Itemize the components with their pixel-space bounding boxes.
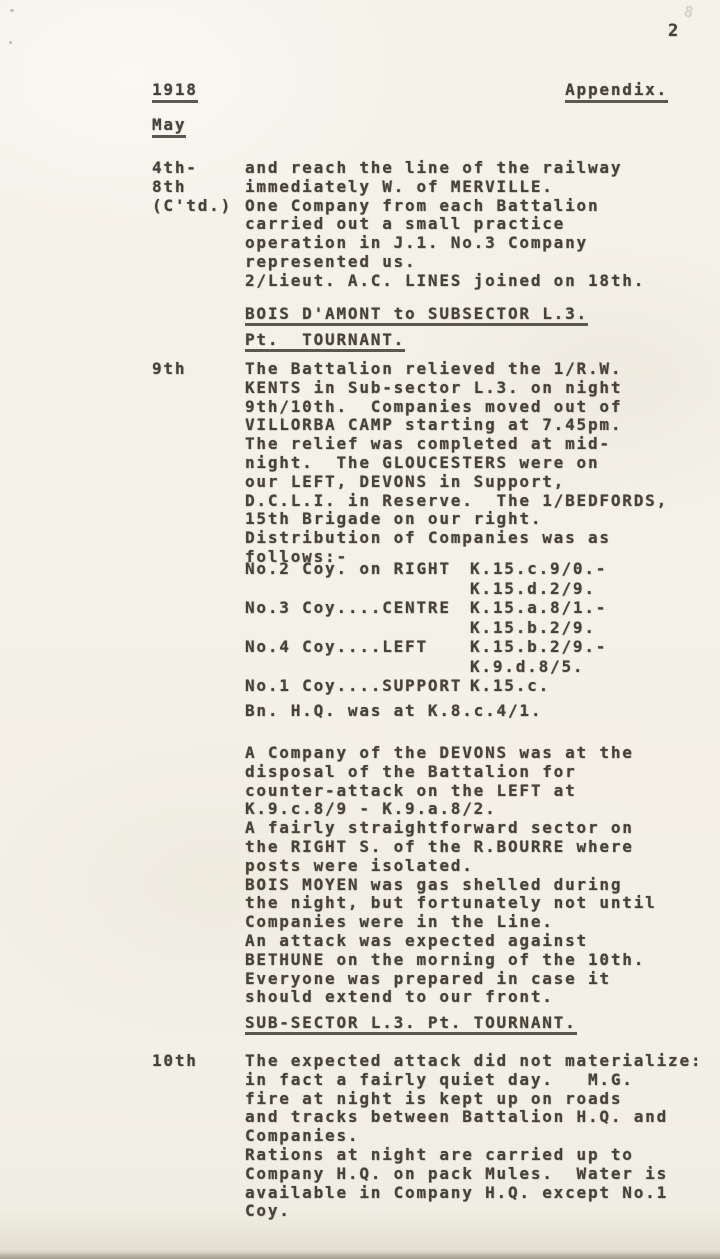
entry-text-column: A Company of the DEVONS was at thedispos… <box>245 744 685 1007</box>
text-line: disposal of the Battalion for <box>245 763 685 782</box>
company-label <box>245 618 470 638</box>
text-line: immediately W. of MERVILLE. <box>245 178 685 197</box>
text-line: An attack was expected against <box>245 932 685 951</box>
entry-may-9th: 9th The Battalion relieved the 1/R.W.KEN… <box>152 360 685 567</box>
text-line: and tracks between Battalion H.Q. and <box>245 1108 685 1127</box>
entry-text-column: The expected attack did not materialize:… <box>245 1052 685 1221</box>
text-line: our LEFT, DEVONS in Support, <box>245 473 685 492</box>
text-line: Rations at night are carried up to <box>245 1146 685 1165</box>
text-line: Coy. <box>245 1202 685 1221</box>
text-line: operation in J.1. No.3 Company <box>245 234 685 253</box>
scan-smudge: 8 <box>682 2 696 22</box>
text-line: Everyone was prepared in case it <box>245 970 685 989</box>
scan-speck <box>10 9 14 12</box>
heading-line: BOIS D'AMONT to SUBSECTOR L.3. <box>245 304 588 326</box>
company-label: No.1 Coy....SUPPORT <box>245 676 470 696</box>
company-label: No.4 Coy....LEFT <box>245 637 470 657</box>
text-line: 9th/10th. Companies moved out of <box>245 398 685 417</box>
entry-date-column: 10th <box>152 1052 245 1221</box>
text-line: D.C.L.I. in Reserve. The 1/BEDFORDS, <box>245 492 685 511</box>
appendix-heading: Appendix. <box>565 80 668 103</box>
text-line: Companies. <box>245 1127 685 1146</box>
company-label: No.2 Coy. on RIGHT <box>245 559 470 579</box>
distribution-row: No.3 Coy....CENTREK.15.a.8/1.- <box>245 598 607 618</box>
text-line: Companies were in the Line. <box>245 913 685 932</box>
distribution-row: K.15.b.2/9. <box>245 618 607 638</box>
date-line: (C'td.) <box>152 197 245 216</box>
entry-date-column <box>152 744 245 1007</box>
distribution-row: K.9.d.8/5. <box>245 657 607 677</box>
text-line: represented us. <box>245 253 685 272</box>
war-diary-scanned-page: 8 2 1918 Appendix. May 4th-8th(C'td.) an… <box>0 0 720 1259</box>
map-reference: K.15.c.9/0.- <box>470 559 607 579</box>
text-line: A Company of the DEVONS was at the <box>245 744 685 763</box>
map-reference: K.9.d.8/5. <box>470 657 584 677</box>
text-line: The expected attack did not materialize: <box>245 1052 685 1071</box>
heading-line: Pt. TOURNANT. <box>245 330 405 352</box>
text-line: available in Company H.Q. except No.1 <box>245 1184 685 1203</box>
text-line: KENTS in Sub-sector L.3. on night <box>245 379 685 398</box>
distribution-row: No.1 Coy....SUPPORTK.15.c. <box>245 676 607 696</box>
map-reference: K.15.b.2/9. <box>470 618 596 638</box>
text-line: VILLORBA CAMP starting at 7.45pm. <box>245 416 685 435</box>
date-line: 9th <box>152 360 245 379</box>
text-line: Bn. H.Q. was at K.8.c.4/1. <box>245 702 542 721</box>
text-line: the night, but fortunately not until <box>245 894 685 913</box>
text-line: BOIS MOYEN was gas shelled during <box>245 876 685 895</box>
distribution-row: No.2 Coy. on RIGHTK.15.c.9/0.- <box>245 559 607 579</box>
text-line: BETHUNE on the morning of the 10th. <box>245 951 685 970</box>
section-heading-bois-damont: BOIS D'AMONT to SUBSECTOR L.3.Pt. TOURNA… <box>245 304 588 356</box>
company-label <box>245 657 470 677</box>
text-line: should extend to our front. <box>245 988 685 1007</box>
month-heading: May <box>152 115 186 138</box>
company-distribution-table: No.2 Coy. on RIGHTK.15.c.9/0.-K.15.d.2/9… <box>245 559 607 696</box>
page-header: 1918 Appendix. <box>152 80 668 103</box>
map-reference: K.15.b.2/9.- <box>470 637 607 657</box>
entry-text-column: The Battalion relieved the 1/R.W.KENTS i… <box>245 360 685 567</box>
text-line: One Company from each Battalion <box>245 197 685 216</box>
text-line: 15th Brigade on our right. <box>245 510 685 529</box>
map-reference: K.15.c. <box>470 676 550 696</box>
text-line: Distribution of Companies was as <box>245 529 685 548</box>
bottom-scan-edge <box>0 1252 720 1259</box>
company-label <box>245 579 470 599</box>
text-line: in fact a fairly quiet day. M.G. <box>245 1071 685 1090</box>
entry-text-column: and reach the line of the railwayimmedia… <box>245 159 685 291</box>
text-line: the RIGHT S. of the R.BOURRE where <box>245 838 685 857</box>
page-number: 2 <box>668 21 680 41</box>
text-line: Company H.Q. on pack Mules. Water is <box>245 1165 685 1184</box>
battalion-hq-line: Bn. H.Q. was at K.8.c.4/1. <box>245 702 542 721</box>
section-heading-subsector: SUB-SECTOR L.3. Pt. TOURNANT. <box>245 1013 577 1039</box>
distribution-row: K.15.d.2/9. <box>245 579 607 599</box>
text-line: carried out a small practice <box>245 215 685 234</box>
entry-may-4th-8th: 4th-8th(C'td.) and reach the line of the… <box>152 159 685 291</box>
month-row: May <box>152 115 186 138</box>
text-line: 2/Lieut. A.C. LINES joined on 18th. <box>245 272 685 291</box>
scan-speck <box>9 41 12 44</box>
distribution-row: No.4 Coy....LEFTK.15.b.2/9.- <box>245 637 607 657</box>
year-heading: 1918 <box>152 80 198 103</box>
entry-may-10th: 10th The expected attack did not materia… <box>152 1052 685 1221</box>
entry-date-column: 9th <box>152 360 245 567</box>
map-reference: K.15.d.2/9. <box>470 579 596 599</box>
entry-date-column: 4th-8th(C'td.) <box>152 159 245 291</box>
map-reference: K.15.a.8/1.- <box>470 598 607 618</box>
date-line: 4th- <box>152 159 245 178</box>
text-line: fire at night is kept up on roads <box>245 1090 685 1109</box>
heading-line: SUB-SECTOR L.3. Pt. TOURNANT. <box>245 1013 577 1035</box>
text-line: posts were isolated. <box>245 857 685 876</box>
text-line: and reach the line of the railway <box>245 159 685 178</box>
text-line: The relief was completed at mid- <box>245 435 685 454</box>
company-label: No.3 Coy....CENTRE <box>245 598 470 618</box>
paragraph-devons-company: A Company of the DEVONS was at thedispos… <box>152 744 685 1007</box>
date-line: 10th <box>152 1052 245 1071</box>
text-line: A fairly straightforward sector on <box>245 819 685 838</box>
text-line: K.9.c.8/9 - K.9.a.8/2. <box>245 800 685 819</box>
text-line: The Battalion relieved the 1/R.W. <box>245 360 685 379</box>
text-line: night. The GLOUCESTERS were on <box>245 454 685 473</box>
typewritten-content: 8 2 1918 Appendix. May 4th-8th(C'td.) an… <box>0 0 720 1259</box>
date-line: 8th <box>152 178 245 197</box>
text-line: counter-attack on the LEFT at <box>245 782 685 801</box>
